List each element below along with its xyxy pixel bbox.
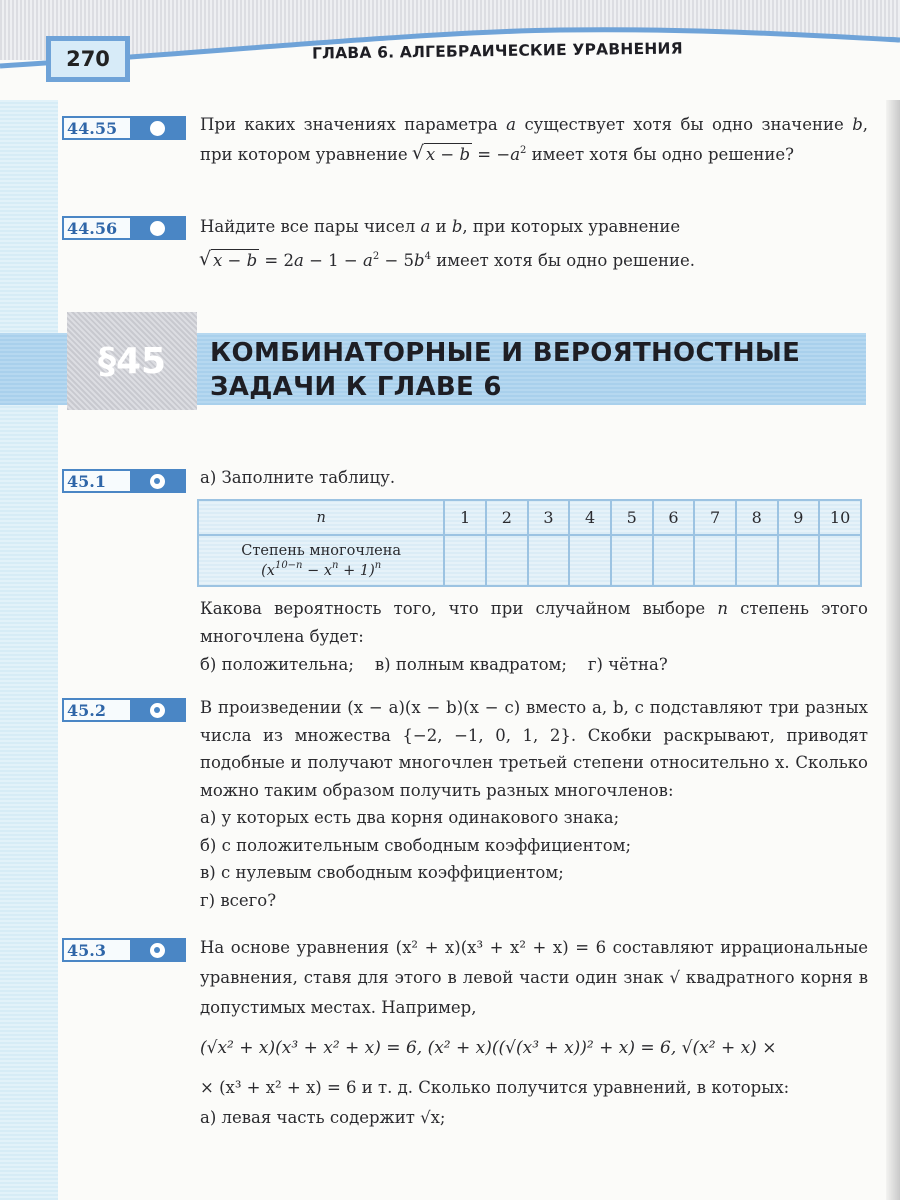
difficulty-ring-circle-icon — [150, 943, 165, 958]
problem-badge-45-3: 45.3 — [62, 938, 186, 962]
table-cell-empty[interactable] — [778, 535, 820, 586]
problem-badge-44-56: 44.56 — [62, 216, 186, 240]
problem-45-1-question: Какова вероятность того, что при случайн… — [200, 595, 868, 679]
table-cell-empty[interactable] — [694, 535, 736, 586]
sqrt-expression: x − b — [413, 140, 472, 170]
option-v: в) полным квадратом; — [375, 655, 567, 674]
table-cell-empty[interactable] — [486, 535, 528, 586]
page-number-badge: 270 — [46, 36, 130, 82]
section-number: §45 — [67, 312, 197, 410]
problem-badge-44-55: 44.55 — [62, 116, 186, 140]
difficulty-filled-circle-icon — [150, 221, 165, 236]
option-g: г) всего? — [200, 887, 868, 915]
section-title: КОМБИНАТОРНЫЕ И ВЕРОЯТНОСТНЫЕ ЗАДАЧИ К Г… — [210, 336, 800, 404]
problem-44-56-text: Найдите все пары чисел a и b, при которы… — [200, 210, 868, 278]
table-cell-empty[interactable] — [444, 535, 486, 586]
problem-44-55-text: При каких значениях параметра a существу… — [200, 110, 868, 170]
problem-45-3-text: На основе уравнения (x² + x)(x³ + x² + x… — [200, 933, 868, 1133]
problem-number: 45.3 — [64, 940, 130, 960]
page-number: 270 — [51, 41, 125, 77]
problem-number: 44.56 — [64, 218, 130, 238]
option-a: а) левая часть содержит √x; — [200, 1103, 868, 1133]
problem-badge-45-1: 45.1 — [62, 469, 186, 493]
problem-45-2-text: В произведении (x − a)(x − b)(x − c) вме… — [200, 694, 868, 914]
table-cell-empty[interactable] — [653, 535, 695, 586]
fill-in-table: n 1 2 3 4 5 6 7 8 9 10 Степень многочлен… — [197, 499, 862, 587]
table-header-degree: Степень многочлена (x10−n − xn + 1)n — [198, 535, 444, 586]
difficulty-filled-circle-icon — [150, 121, 165, 136]
problem-number: 45.2 — [64, 700, 130, 720]
table-row: Степень многочлена (x10−n − xn + 1)n — [198, 535, 861, 586]
table-cell-empty[interactable] — [611, 535, 653, 586]
sqrt-expression: x − b — [200, 244, 259, 278]
table-cell-empty[interactable] — [569, 535, 611, 586]
option-v: в) с нулевым свободным коэффициентом; — [200, 859, 868, 887]
option-g: г) чётна? — [588, 655, 668, 674]
problem-badge-45-2: 45.2 — [62, 698, 186, 722]
margin-strip — [0, 100, 58, 1200]
page-edge-shadow — [886, 100, 900, 1200]
table-header-n: n — [198, 500, 444, 535]
option-b: б) положительна; — [200, 655, 354, 674]
difficulty-ring-circle-icon — [150, 474, 165, 489]
table-cell-empty[interactable] — [736, 535, 778, 586]
problem-45-1-intro: а) Заполните таблицу. — [200, 464, 868, 492]
table-row: n 1 2 3 4 5 6 7 8 9 10 — [198, 500, 861, 535]
problem-number: 45.1 — [64, 471, 130, 491]
difficulty-ring-circle-icon — [150, 703, 165, 718]
example-equations: (√x² + x)(x³ + x² + x) = 6, (x² + x)((√(… — [200, 1033, 868, 1063]
option-b: б) с положительным свободным коэффициент… — [200, 832, 868, 860]
option-a: а) у которых есть два корня одинакового … — [200, 804, 868, 832]
table-cell-empty[interactable] — [528, 535, 570, 586]
problem-number: 44.55 — [64, 118, 130, 138]
table-cell-empty[interactable] — [819, 535, 861, 586]
